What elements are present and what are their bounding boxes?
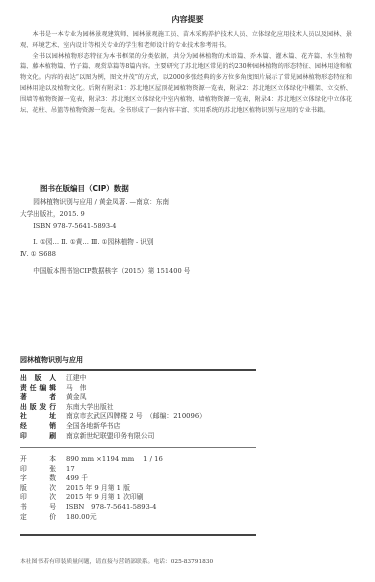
- info-value: 2015 年 9 月第 1 次印刷: [66, 493, 144, 503]
- info-label-char: 人: [49, 374, 56, 384]
- quality-notice: 本社图书若有印装质量问题，请直接与营销部联系。电话：025-83791830: [20, 556, 213, 565]
- info-label-char: 社: [20, 412, 27, 422]
- info-label: 出版人: [20, 374, 56, 384]
- info-label: 字数: [20, 474, 56, 484]
- info-value: 南京新世纪联盟印务有限公司: [66, 432, 154, 442]
- info-label-char: 刷: [49, 432, 56, 442]
- info-label-char: 定: [20, 513, 27, 523]
- info-label-char: 发: [39, 403, 46, 413]
- info-row: 责任编辑马 伟: [20, 384, 206, 394]
- cip-line-record-number: 中国版本图书馆CIP数据核字（2015）第 151400 号: [20, 265, 293, 277]
- cip-line-publisher: 大学出版社，2015. 9: [20, 208, 220, 220]
- publishing-info: 出版人江建中责任编辑马 伟著者黄金凤出版发行东南大学出版社社址南京市玄武区四牌楼…: [20, 374, 206, 441]
- info-label-char: 任: [30, 384, 37, 394]
- info-row: 出版发行东南大学出版社: [20, 403, 206, 413]
- info-label-char: 版: [20, 484, 27, 494]
- info-label-char: 号: [49, 503, 56, 513]
- info-row: 开本890 mm ×1194 mm 1 / 16: [20, 455, 163, 465]
- cip-line-class-code: Ⅳ. ① S688: [20, 248, 220, 260]
- info-label-char: 字: [20, 474, 27, 484]
- info-label: 印次: [20, 493, 56, 503]
- info-label: 书号: [20, 503, 56, 513]
- info-row: 印张17: [20, 465, 163, 475]
- info-label-char: 销: [49, 422, 56, 432]
- cip-heading: 图书在版编目（CIP）数据: [40, 183, 129, 194]
- info-label: 出版发行: [20, 403, 56, 413]
- info-row: 社址南京市玄武区四牌楼 2 号 （邮编：210096）: [20, 412, 206, 422]
- info-label-char: 印: [20, 432, 27, 442]
- info-label-char: 出: [20, 374, 27, 384]
- info-label: 著者: [20, 393, 56, 403]
- info-label: 开本: [20, 455, 56, 465]
- info-row: 定价180.00元: [20, 513, 163, 523]
- info-label-char: 行: [49, 403, 56, 413]
- info-value: 17: [66, 465, 75, 475]
- info-label-char: 版: [35, 374, 42, 384]
- info-row: 印次2015 年 9 月第 1 次印刷: [20, 493, 163, 503]
- cip-line-classification: Ⅰ. ①园… Ⅱ. ①黄… Ⅲ. ①园林植物 - 识别: [20, 236, 220, 248]
- info-value: ISBN 978-7-5641-5893-4: [66, 503, 156, 513]
- info-label-char: 本: [49, 455, 56, 465]
- info-label-char: 编: [39, 384, 46, 394]
- info-value: 黄金凤: [66, 393, 86, 403]
- info-value: 2015 年 9 月第 1 版: [66, 484, 130, 494]
- info-label-char: 经: [20, 422, 27, 432]
- info-row: 书号ISBN 978-7-5641-5893-4: [20, 503, 163, 513]
- info-label-char: 数: [49, 474, 56, 484]
- info-label: 印张: [20, 465, 56, 475]
- cip-line-isbn: ISBN 978-7-5641-5893-4: [20, 220, 220, 232]
- summary-body: 本书是一本专业为园林景观建筑师、园林景观施工员、苗木采购养护技术人员、立体绿化应…: [20, 30, 352, 116]
- info-label-char: 著: [20, 393, 27, 403]
- cip-block: 园林植物识别与应用 / 黄金凤著. —南京：东南 大学出版社，2015. 9 I…: [20, 196, 220, 277]
- info-label: 版次: [20, 484, 56, 494]
- info-value: 499 千: [66, 474, 88, 484]
- info-label-char: 出: [20, 403, 27, 413]
- info-label: 印刷: [20, 432, 56, 442]
- info-value: 180.00元: [66, 513, 97, 523]
- info-label: 定价: [20, 513, 56, 523]
- info-row: 字数499 千: [20, 474, 163, 484]
- info-value: 890 mm ×1194 mm 1 / 16: [66, 455, 163, 465]
- info-row: 出版人江建中: [20, 374, 206, 384]
- info-label-char: 书: [20, 503, 27, 513]
- info-value: 江建中: [66, 374, 86, 384]
- summary-paragraph-2: 全书以园林植物形态特征为本书框架的分类依据，共分为园林植物的术语篇、乔木篇、灌木…: [20, 52, 352, 117]
- info-label-char: 印: [20, 465, 27, 475]
- info-row: 经销全国各地新华书店: [20, 422, 206, 432]
- cip-line-title: 园林植物识别与应用 / 黄金凤著. —南京：东南: [20, 196, 220, 208]
- info-value: 马 伟: [66, 384, 86, 394]
- info-row: 印刷南京新世纪联盟印务有限公司: [20, 432, 206, 442]
- info-label-char: 次: [49, 493, 56, 503]
- summary-paragraph-1: 本书是一本专业为园林景观建筑师、园林景观施工员、苗木采购养护技术人员、立体绿化应…: [20, 30, 352, 52]
- info-label-char: 版: [30, 403, 37, 413]
- info-label: 社址: [20, 412, 56, 422]
- info-label-char: 张: [49, 465, 56, 475]
- info-label-char: 者: [49, 393, 56, 403]
- info-label-char: 开: [20, 455, 27, 465]
- divider-rule: [20, 447, 256, 448]
- info-row: 版次2015 年 9 月第 1 版: [20, 484, 163, 494]
- info-value: 东南大学出版社: [66, 403, 114, 413]
- info-value: 全国各地新华书店: [66, 422, 120, 432]
- book-title: 园林植物识别与应用: [20, 355, 83, 365]
- divider-rule: [20, 534, 256, 536]
- info-label-char: 址: [49, 412, 56, 422]
- info-label-char: 价: [49, 513, 56, 523]
- summary-heading: 内容提要: [0, 14, 375, 25]
- divider-rule: [20, 369, 256, 371]
- info-label-char: 印: [20, 493, 27, 503]
- info-value: 南京市玄武区四牌楼 2 号 （邮编：210096）: [66, 412, 206, 422]
- specs-info: 开本890 mm ×1194 mm 1 / 16印张17字数499 千版次201…: [20, 455, 163, 522]
- info-label-char: 次: [49, 484, 56, 494]
- info-label-char: 责: [20, 384, 27, 394]
- info-label: 经销: [20, 422, 56, 432]
- info-label-char: 辑: [49, 384, 56, 394]
- info-row: 著者黄金凤: [20, 393, 206, 403]
- info-label: 责任编辑: [20, 384, 56, 394]
